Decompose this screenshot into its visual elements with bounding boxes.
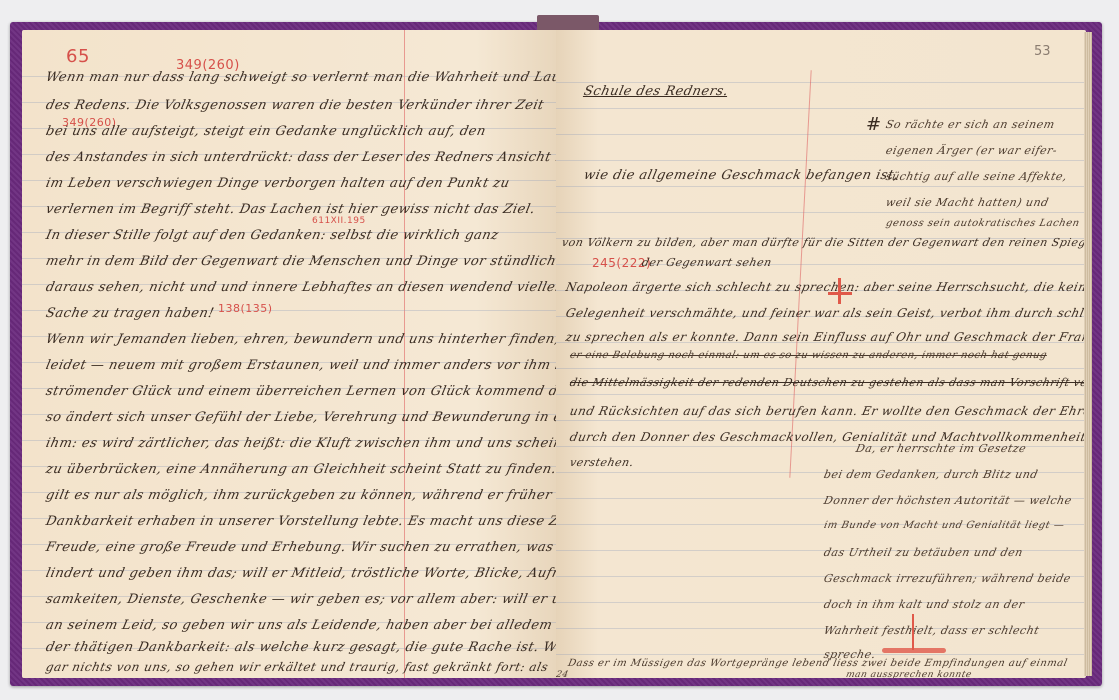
side-note-line: Wahrheit festhielt, dass er schlecht <box>823 624 1041 637</box>
page-edges <box>1084 32 1092 676</box>
manuscript-line: des Redens. Die Volksgenossen waren die … <box>44 98 545 113</box>
manuscript-line: der thätigen Dankbarkeit: als welche kur… <box>44 640 556 655</box>
manuscript-line: des Anstandes in sich unterdrückt: dass … <box>44 150 556 165</box>
manuscript-line: leidet — neuem mit großem Erstaunen, wei… <box>44 358 556 373</box>
manuscript-line: an seinem Leid, so geben wir uns als Lei… <box>44 618 556 633</box>
manuscript-line: Sache zu tragen haben! <box>44 306 215 321</box>
line-number: 24 <box>556 670 570 678</box>
manuscript-line: Gelegenheit verschmähte, und feiner war … <box>565 306 1086 320</box>
manuscript-line: und Rücksichten auf das sich berufen kan… <box>569 404 1086 418</box>
manuscript-line: gilt es nur als möglich, ihm zurückgeben… <box>44 488 556 503</box>
folio-number: 65 <box>66 46 90 67</box>
right-page: 53 Schule des Redners. wie die allgemein… <box>556 30 1086 678</box>
bottom-note-continuation: man aussprechen konnte <box>845 670 973 678</box>
section-heading: Schule des Redners. <box>582 84 729 99</box>
manuscript-line: er eine Belebung noch einmal: um es so z… <box>569 350 1048 361</box>
manuscript-line: lindert und geben ihm das; will er Mitle… <box>44 566 556 581</box>
side-note-line: Da, er herrschte im Gesetze <box>855 442 1028 455</box>
manuscript-line: Napoleon ärgerte sich schlecht zu sprech… <box>565 280 1086 294</box>
left-page: 65 349(260) Wenn man nur dass lang schwe… <box>22 30 556 678</box>
red-cross-mark <box>838 278 841 304</box>
manuscript-line: ihm: es wird zärtlicher, das heißt: die … <box>44 436 556 451</box>
manuscript-line: zu sprechen als er konnte. Dann sein Ein… <box>565 330 1086 344</box>
red-end-mark <box>912 614 914 650</box>
manuscript-line: verlernen im Begriff steht. Das Lachen i… <box>44 202 536 217</box>
side-note-line: süchtig auf alle seine Affekte, <box>885 170 1069 183</box>
manuscript-line: strömender Glück und einem überreichen L… <box>44 384 556 399</box>
side-note-line: genoss sein autokratisches Lachen <box>885 218 1081 229</box>
manuscript-line: wie die allgemeine Geschmack befangen is… <box>582 168 900 183</box>
side-note-line: eigenen Ärger (er war eifer- <box>885 144 1059 157</box>
manuscript-line: Dankbarkeit erhaben in unserer Vorstellu… <box>44 514 556 529</box>
manuscript-line: so ändert sich unser Gefühl der Liebe, V… <box>44 410 556 425</box>
hash-mark-icon: # <box>866 114 882 135</box>
manuscript-line: Wenn wir Jemanden lieben, ehren, bewunde… <box>44 332 556 347</box>
manuscript-line: verstehen. <box>569 456 635 469</box>
manuscript-line: die Mittelmässigkeit der redenden Deutsc… <box>569 376 1086 389</box>
manuscript-line: zu überbrücken, eine Annäherung an Gleic… <box>44 462 556 477</box>
side-note-line: weil sie Macht hatten) und <box>885 196 1050 209</box>
side-note-line: Geschmack irrezuführen; während beide <box>823 572 1073 585</box>
manuscript-line: der Gegenwart sehen <box>641 256 773 269</box>
red-cross-mark <box>828 292 852 295</box>
side-note-line: doch in ihm kalt und stolz an der <box>823 598 1026 611</box>
side-note-line: Donner der höchsten Autorität — welche <box>823 494 1073 507</box>
folio-number: 53 <box>1034 44 1051 59</box>
side-note-line: bei dem Gedanken, durch Blitz und <box>823 468 1040 481</box>
bottom-note: Dass er im Müssigen das Wortgepränge leb… <box>567 658 1069 669</box>
reference-annotation: 138(135) <box>218 302 273 315</box>
manuscript-line: Freude, eine große Freude und Erhebung. … <box>44 540 556 555</box>
manuscript-line: gar nichts von uns, so gehen wir erkälte… <box>45 660 550 674</box>
reference-annotation: 611XII.195 <box>312 216 366 226</box>
manuscript-line: samkeiten, Dienste, Geschenke — wir gebe… <box>44 592 556 607</box>
manuscript-line: bei uns alle aufsteigt, steigt ein Gedan… <box>44 124 487 139</box>
manuscript-line: In dieser Stille folgt auf den Gedanken:… <box>44 228 500 243</box>
side-note-line: So rächte er sich an seinem <box>885 118 1056 131</box>
manuscript-line: mehr in dem Bild der Gegenwart die Mensc… <box>44 254 556 269</box>
manuscript-line: Wenn man nur dass lang schweigt so verle… <box>44 70 556 85</box>
manuscript-line: daraus sehen, nicht und und innere Lebha… <box>44 280 556 295</box>
side-note-line: im Bunde von Macht und Genialität liegt … <box>823 520 1066 531</box>
manuscript-line: von Völkern zu bilden, aber man dürfte f… <box>561 236 1086 249</box>
side-note-line: das Urtheil zu betäuben und den <box>823 546 1025 559</box>
manuscript-line: im Leben verschwiegen Dinge verborgen ha… <box>44 176 511 191</box>
red-end-mark <box>882 648 946 653</box>
